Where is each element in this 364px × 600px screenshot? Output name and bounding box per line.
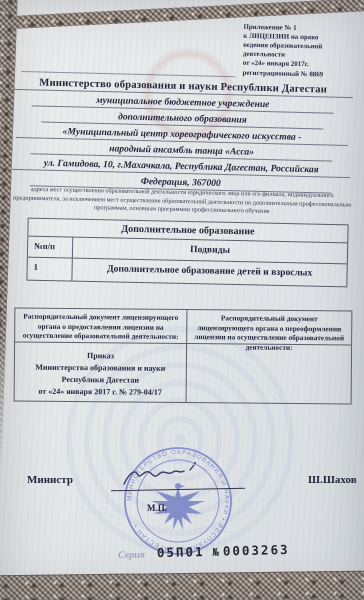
signer-role: Министр	[27, 474, 73, 486]
series-label: Серия	[118, 549, 145, 561]
stamp-place-label: М.П.	[147, 503, 167, 513]
order-grant-body: Приказ Министерства образования и науки …	[15, 343, 186, 402]
appendix-note: Приложение № 1 к ЛИЦЕНЗИИ на право веден…	[242, 23, 361, 80]
order-grant-column: Распорядительный документ лицензирующего…	[15, 309, 188, 402]
order-reissue-header: Распорядительный документ лицензирующего…	[187, 310, 351, 345]
appendix-line: регистрационный № 8869	[242, 68, 360, 80]
num-column-header: №п/п	[28, 237, 73, 258]
signer-name: Ш.Шахов	[308, 474, 357, 486]
number-value: 0003263	[223, 542, 290, 559]
guilloche-bottom-border	[0, 571, 364, 600]
number-sign: №	[212, 547, 219, 559]
orders-table: Распорядительный документ лицензирующего…	[14, 308, 353, 405]
order-reissue-column: Распорядительный документ лицензирующего…	[187, 310, 352, 403]
license-type-table: Дополнительное образование №п/п Подвиды …	[26, 218, 348, 288]
row-number-cell: 1	[27, 258, 72, 281]
row-kind-cell: Дополнительное образование детей и взрос…	[72, 259, 346, 287]
order-reissue-body	[187, 344, 351, 403]
handwritten-signature	[118, 460, 210, 490]
order-grant-header: Распорядительный документ лицензирующего…	[15, 309, 186, 344]
document-header: Министерство образования и науки Республ…	[9, 74, 356, 194]
document-photo: Приложение № 1 к ЛИЦЕНЗИИ на право веден…	[0, 0, 364, 600]
serial-row: Серия05П01№0003263	[118, 541, 290, 563]
series-value: 05П01	[157, 544, 205, 560]
